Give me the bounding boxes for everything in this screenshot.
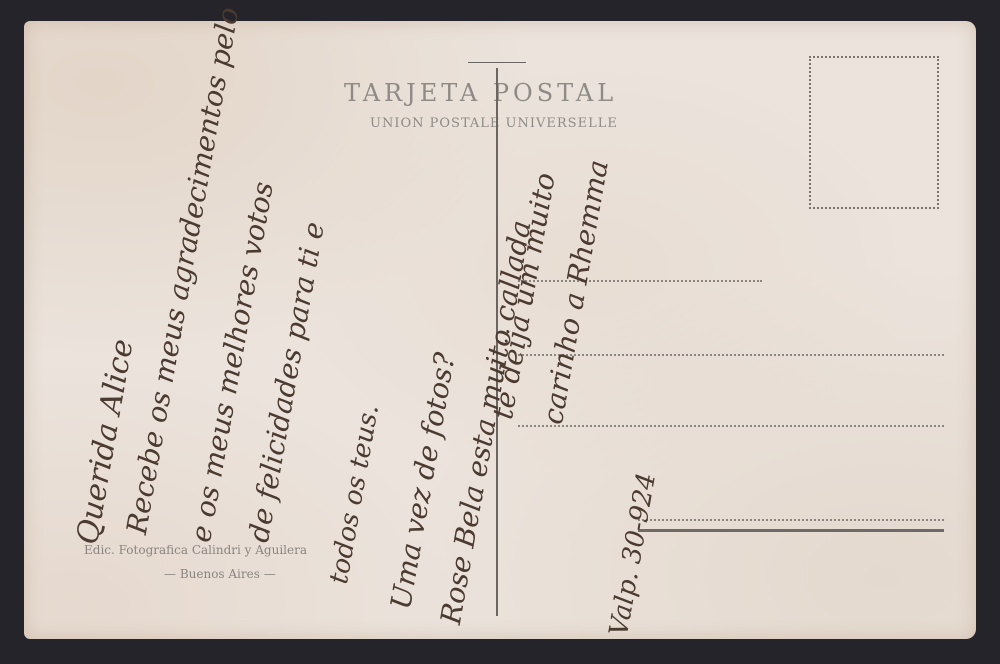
publisher-city: — Buenos Aires — [164,567,276,581]
divider-cap-line [468,62,526,63]
postcard: TARJETA POSTAL UNION POSTALE UNIVERSELLE… [24,21,976,639]
handwriting-line: todos os teus. [324,402,385,586]
postcard-subtitle: UNION POSTALE UNIVERSELLE [370,116,618,131]
address-line-1 [518,280,762,282]
publisher-imprint: Edic. Fotografica Calindri y Aguilera [84,543,307,557]
stamp-placeholder-box [809,56,939,209]
handwritten-date: Valp. 30-924 [604,471,662,639]
postcard-title: TARJETA POSTAL [344,79,617,107]
address-line-4 [638,519,944,521]
address-line-final [638,529,944,532]
address-line-3 [518,425,944,427]
address-line-2 [518,354,944,356]
